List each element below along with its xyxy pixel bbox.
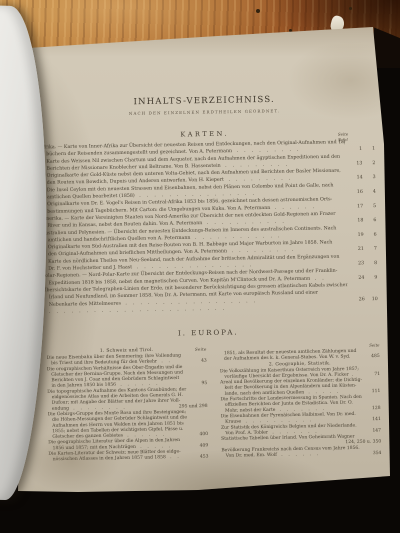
entry-page-number: 43	[200, 358, 207, 364]
entry-tafel-number: 7	[364, 245, 377, 252]
wood-speck	[349, 7, 352, 10]
printed-content: INHALTS-VERZEICHNISS. NACH DEN EINZELNEN…	[14, 21, 400, 498]
karten-list: Afrika. — Karte von Inner-Afrika zur Übe…	[40, 138, 378, 315]
entry-seite-number: 14	[346, 174, 363, 181]
entry-seite-number: 23	[347, 260, 364, 267]
entry-page-number: 453	[198, 454, 208, 460]
entry-page-number: 95	[200, 381, 207, 387]
wood-speck	[256, 9, 260, 13]
entry-seite-number: 26	[348, 296, 365, 303]
entry-tafel-number: 3	[363, 174, 376, 181]
entry-seite-number: 1	[345, 145, 362, 152]
entry-tafel-number: 8	[364, 260, 377, 267]
entry-tafel-number: 9	[364, 274, 377, 281]
entry-text: nössischen Atlasses in den Jahren 1857 u…	[48, 455, 178, 463]
section-heading-europa: I. EUROPA.	[19, 326, 397, 341]
entry-tafel-number: 1	[362, 145, 375, 152]
europa-left-column: 1. Schweiz und Tirol. Seite Die neue Eis…	[47, 346, 209, 463]
entry-page-number: 400	[198, 432, 208, 438]
entry-page-number: 354	[371, 451, 381, 457]
left-seite-label: Seite	[195, 346, 207, 353]
entry-page-number: 128	[370, 405, 380, 411]
entry-page-number: 111	[370, 388, 380, 394]
entry-tafel-number: 4	[363, 188, 376, 195]
entry-page-number: 409	[198, 443, 208, 449]
entry-tafel-number: 6	[364, 231, 377, 238]
entry-tafel-number: 2	[362, 159, 375, 166]
photo-of-book-page: { "page": { "title": "INHALTS-VERZEICHNI…	[0, 0, 400, 533]
entry-tafel-number: 5	[363, 202, 376, 209]
entry-seite-number: 21	[347, 245, 364, 252]
entry-seite-number: 24	[347, 274, 364, 281]
book-page: INHALTS-VERZEICHNISS. NACH DEN EINZELNEN…	[18, 24, 396, 494]
entry-tafel-number: 6	[363, 217, 376, 224]
europa-right-column: Seite 1851, als Resultat der neuesten am…	[220, 343, 382, 459]
wood-speck	[289, 29, 292, 32]
page-subtitle-wrap: NACH DEN EINZELNEN ERDTHEILEN GEORDNET.	[15, 107, 393, 118]
right-heading-text: 2. Geographie, Statistik.	[269, 361, 331, 367]
entry-page-number: 147	[371, 428, 381, 434]
page-subtitle: NACH DEN EINZELNEN ERDTHEILEN GEORDNET.	[15, 107, 393, 118]
entry-page-number: 141	[371, 417, 381, 423]
left-heading-text: 1. Schweiz und Tirol.	[100, 347, 154, 353]
entry-text: Von Dr. med. Em. Wolf . . . . . .	[221, 452, 318, 459]
left-column-list: Die neue Eisenbahn über den Semmering; i…	[47, 353, 209, 463]
entry-page-number: 71	[373, 371, 380, 377]
entry-seite-number: 18	[346, 217, 363, 224]
entry-seite-number: 16	[346, 188, 363, 195]
entry-tafel-number: 10	[365, 295, 378, 302]
entry-seite-number: 17	[346, 203, 363, 210]
right-column-list: Die Volkszählung im Kaiserthum Österreic…	[220, 366, 382, 459]
entry-seite-number: 19	[347, 231, 364, 238]
entry-seite-number: 13	[345, 160, 362, 167]
